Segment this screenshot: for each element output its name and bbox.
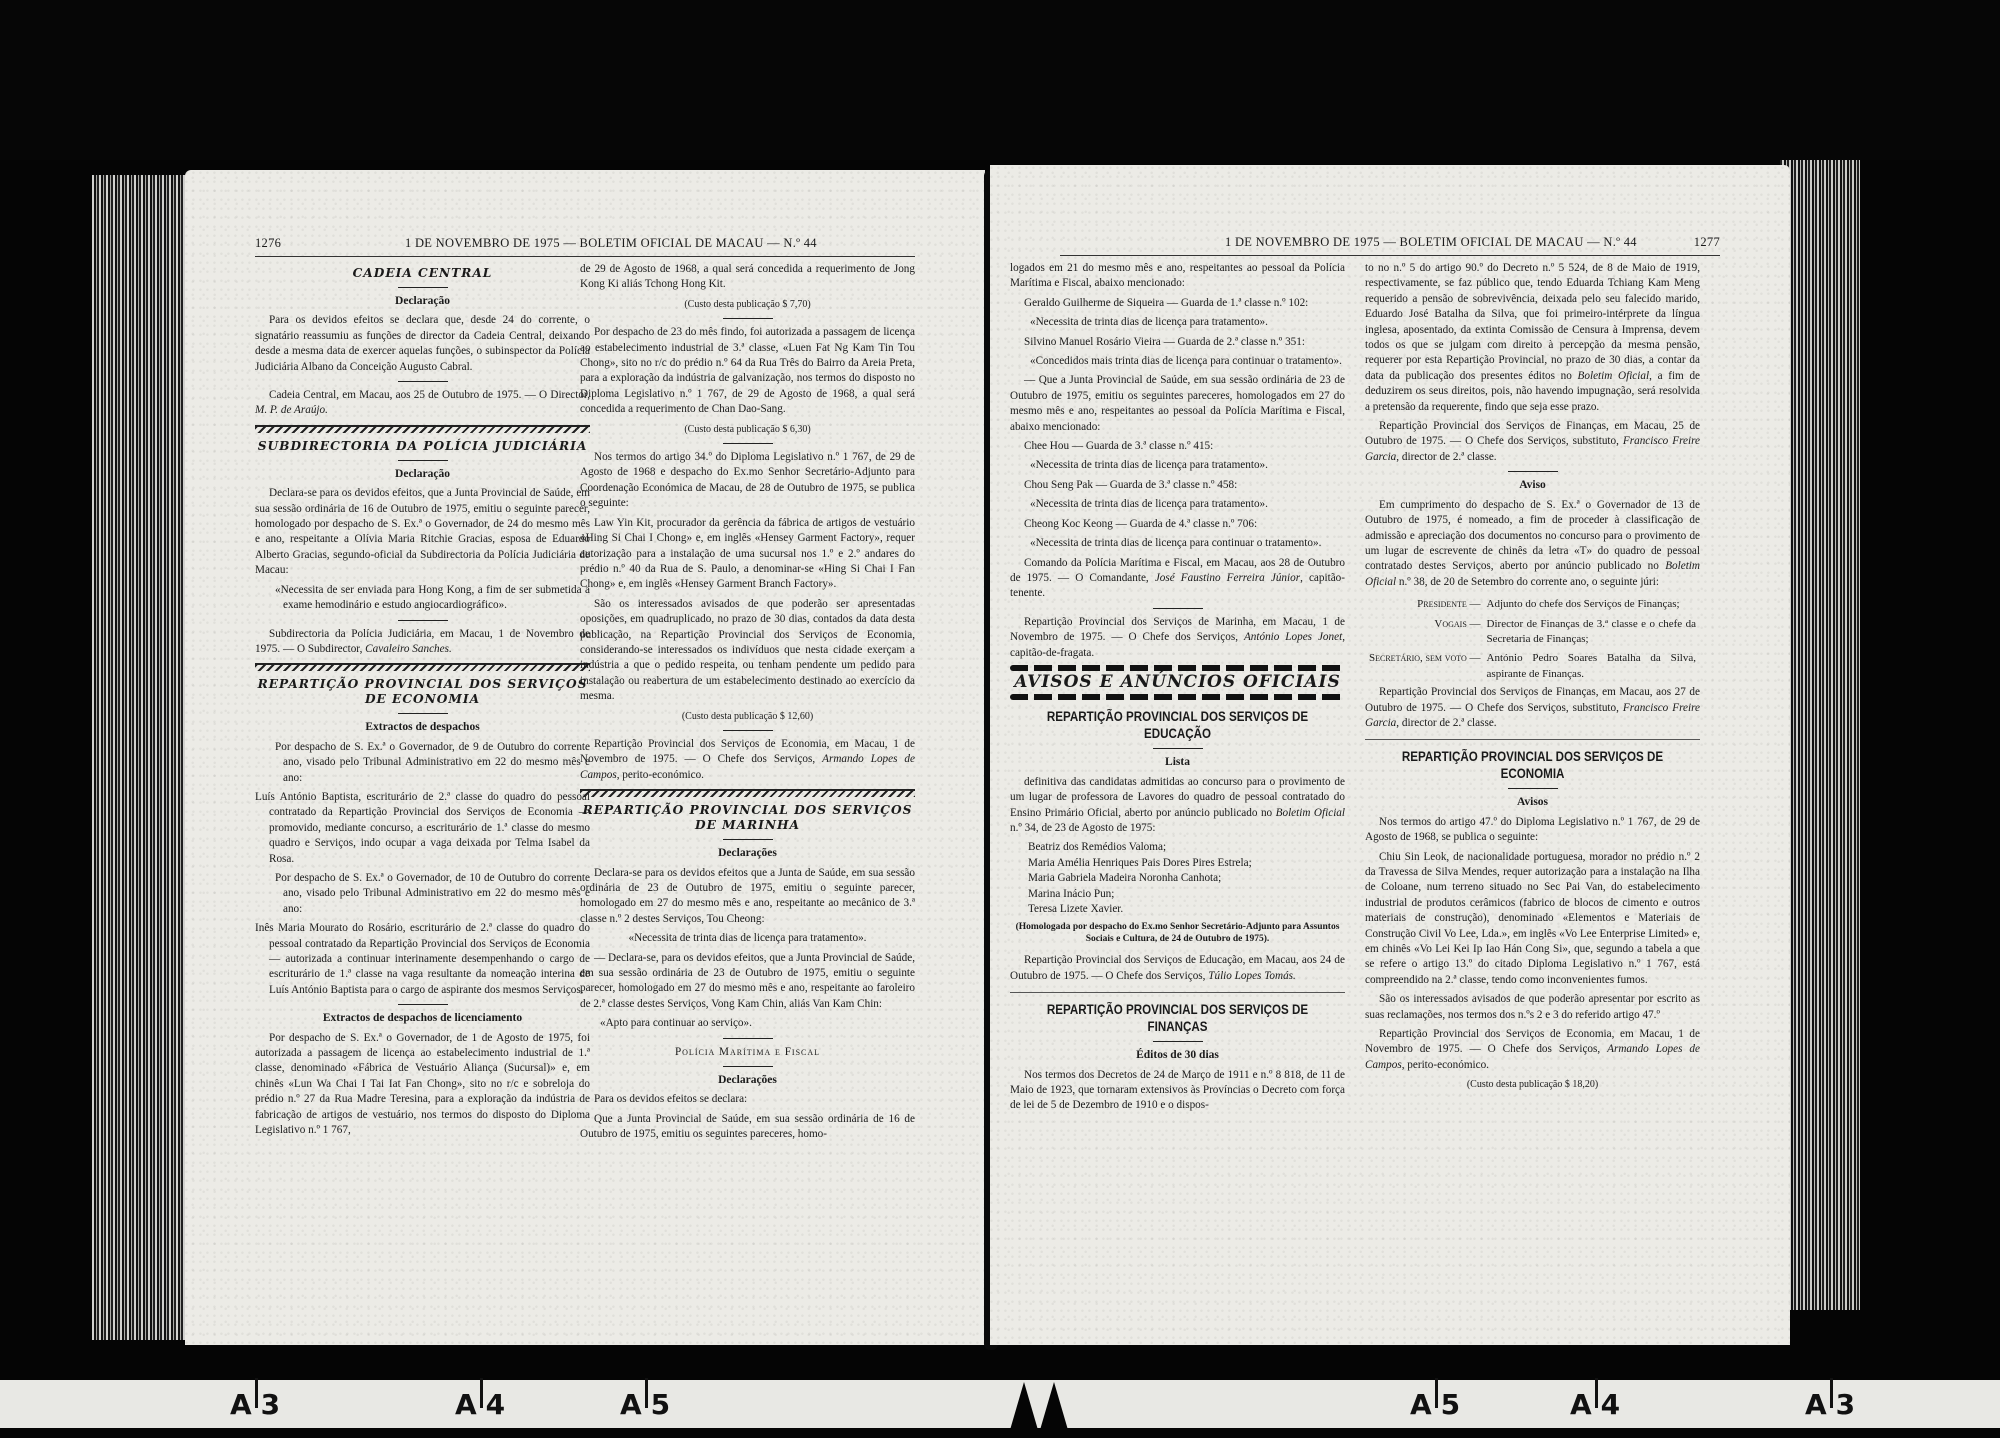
frame-mark: A5 (620, 1388, 670, 1421)
divider (723, 1066, 773, 1067)
entry: Chee Hou — Guarda de 3.ª classe n.º 415: (1010, 439, 1345, 454)
quote: «Concedidos mais trinta dias de licença … (1010, 354, 1345, 369)
jury-member: António Pedro Soares Batalha da Silva, a… (1485, 650, 1698, 683)
jury-row: Presidente —Adjunto do chefe dos Serviço… (1367, 596, 1698, 613)
divider (723, 839, 773, 840)
section-heading: Polícia Marítima e Fiscal (580, 1045, 915, 1060)
divider (723, 730, 773, 731)
jury-role: Secretário, sem voto — (1367, 650, 1483, 683)
quote: «Necessita de trinta dias de licença par… (580, 931, 915, 946)
paragraph: — Declara-se, para os devidos efeitos, q… (580, 951, 915, 1013)
paragraph: definitiva das candidatas admitidas ao c… (1010, 775, 1345, 837)
paragraph: Law Yin Kit, procurador da gerência da f… (580, 516, 915, 593)
running-header: 1276 1 DE NOVEMBRO DE 1975 — BOLETIM OFI… (255, 234, 915, 257)
divider (1508, 788, 1558, 789)
paragraph: to no n.º 5 do artigo 90.º do Decreto n.… (1365, 261, 1700, 415)
paragraph: São os interessados avisados de que pode… (580, 597, 915, 705)
paragraph: Que a Junta Provincial de Saúde, em sua … (580, 1112, 915, 1143)
paragraph: Em cumprimento do despacho de S. Ex.ª o … (1365, 498, 1700, 590)
section-subtitle: Declaração (255, 294, 590, 309)
signature: Repartição Provincial dos Serviços de Ed… (1010, 953, 1345, 984)
column-1: logados em 21 do mesmo mês e ano, respei… (1010, 261, 1345, 1118)
paragraph: logados em 21 do mesmo mês e ano, respei… (1010, 261, 1345, 292)
candidate: Maria Amélia Henriques Pais Dores Pires … (1010, 856, 1345, 871)
divider (723, 443, 773, 444)
signature: Comando da Polícia Marítima e Fiscal, em… (1010, 556, 1345, 602)
jury-member: Adjunto do chefe dos Serviços de Finança… (1485, 596, 1698, 613)
signature: Subdirectoria da Polícia Judiciária, em … (255, 627, 590, 658)
signature: Repartição Provincial dos Serviços de Ma… (1010, 615, 1345, 661)
section-subtitle: Avisos (1365, 795, 1700, 810)
column-2: de 29 de Agosto de 1968, a qual será con… (580, 262, 915, 1147)
left-page: 1276 1 DE NOVEMBRO DE 1975 — BOLETIM OFI… (185, 170, 985, 1345)
paragraph: Para os devidos efeitos se declara: (580, 1092, 915, 1107)
section-subtitle: Declarações (580, 1073, 915, 1088)
frame-mark: A3 (230, 1388, 280, 1421)
quote: «Necessita de trinta dias de licença par… (1010, 458, 1345, 473)
film-notch (1010, 1382, 1038, 1430)
divider (723, 318, 773, 319)
ornamental-divider (255, 663, 590, 671)
homologation-note: (Homologada por despacho do Ex.mo Senhor… (1010, 921, 1345, 945)
divider (398, 620, 448, 621)
paragraph: Por despacho de S. Ex.ª o Governador, de… (255, 1031, 590, 1139)
paragraph: Nos termos dos Decretos de 24 de Março d… (1010, 1068, 1345, 1114)
paragraph: Para os devidos efeitos se declara que, … (255, 313, 590, 375)
candidate-list: Beatriz dos Remédios Valoma;Maria Amélia… (1010, 840, 1345, 917)
page-number: 1277 (1694, 235, 1720, 250)
frame-mark: A4 (1570, 1388, 1620, 1421)
frame-mark: A4 (455, 1388, 505, 1421)
divider (398, 287, 448, 288)
paragraph: Por despacho de S. Ex.ª o Governador, de… (255, 871, 590, 917)
section-title: Repartição Provincial dos Serviços de Ec… (255, 677, 590, 707)
entry: Chou Seng Pak — Guarda de 3.ª classe n.º… (1010, 478, 1345, 493)
paragraph: Declara-se para os devidos efeitos que a… (580, 866, 915, 928)
paragraph: Por despacho de S. Ex.ª o Governador, de… (255, 740, 590, 786)
column-1: Cadeia Central Declaração Para os devido… (255, 262, 590, 1142)
publication-cost: (Custo desta publicação $ 6,30) (580, 422, 915, 437)
section-subtitle: Declarações (580, 846, 915, 861)
banner-title: Avisos e Anúncios Oficiais (1010, 675, 1345, 690)
paragraph: Inês Maria Mourato do Rosário, escriturá… (255, 921, 590, 998)
entry: Silvino Manuel Rosário Vieira — Guarda d… (1010, 335, 1345, 350)
candidate: Beatriz dos Remédios Valoma; (1010, 840, 1345, 855)
divider (398, 460, 448, 461)
jury-row: Secretário, sem voto —António Pedro Soar… (1367, 650, 1698, 683)
signature: Repartição Provincial dos Serviços de Ec… (1365, 1027, 1700, 1073)
quote: «Necessita de trinta dias de licença par… (1010, 536, 1345, 551)
divider (723, 1038, 773, 1039)
quote: «Apto para continuar ao serviço». (580, 1016, 915, 1031)
running-header: 1 DE NOVEMBRO DE 1975 — BOLETIM OFICIAL … (1060, 233, 1720, 256)
section-title: Cadeia Central (255, 266, 590, 281)
section-subtitle: Aviso (1365, 478, 1700, 493)
candidate: Teresa Lizete Xavier. (1010, 902, 1345, 917)
ornamental-divider (255, 425, 590, 433)
jury-member: Director de Finanças de 3.ª classe e o c… (1485, 616, 1698, 649)
paragraph: Luís António Baptista, escriturário de 2… (255, 790, 590, 867)
quote: «Necessita de trinta dias de licença par… (1010, 497, 1345, 512)
film-strip (0, 1380, 2000, 1428)
frame-mark: A5 (1410, 1388, 1460, 1421)
section-subtitle: Declaração (255, 467, 590, 482)
jury-row: Vogais —Director de Finanças de 3.ª clas… (1367, 616, 1698, 649)
jury-role: Presidente — (1367, 596, 1483, 613)
candidate: Maria Gabriela Madeira Noronha Canhota; (1010, 871, 1345, 886)
entry: Cheong Koc Keong — Guarda de 4.ª classe … (1010, 517, 1345, 532)
paragraph: Chiu Sin Leok, de nacionalidade portugue… (1365, 850, 1700, 989)
ornamental-divider (1010, 665, 1345, 671)
section-title: Repartição Provincial dos Serviços de Ec… (1388, 748, 1676, 782)
ornamental-divider (580, 789, 915, 797)
page-stack-right (1780, 160, 1860, 1310)
divider (398, 1004, 448, 1005)
paragraph: Nos termos do artigo 34.º do Diploma Leg… (580, 450, 915, 512)
quote: «Necessita de ser enviada para Hong Kong… (255, 583, 590, 614)
paragraph: São os interessados avisados de que pode… (1365, 992, 1700, 1023)
candidate: Marina Inácio Pun; (1010, 887, 1345, 902)
publication-cost: (Custo desta publicação $ 12,60) (580, 709, 915, 724)
section-subtitle: Extractos de despachos de licenciamento (255, 1011, 590, 1026)
signature: Cadeia Central, em Macau, aos 25 de Outu… (255, 388, 590, 419)
section-subtitle: Éditos de 30 dias (1010, 1048, 1345, 1063)
page-number: 1276 (255, 236, 281, 251)
frame-mark: A3 (1805, 1388, 1855, 1421)
section-title: Subdirectoria da Polícia Judiciária (255, 439, 590, 454)
running-title: 1 DE NOVEMBRO DE 1975 — BOLETIM OFICIAL … (405, 236, 817, 251)
divider (1508, 471, 1558, 472)
paragraph: de 29 de Agosto de 1968, a qual será con… (580, 262, 915, 293)
jury-role: Vogais — (1367, 616, 1483, 649)
publication-cost: (Custo desta publicação $ 18,20) (1365, 1077, 1700, 1092)
section-title: Repartição Provincial dos Serviços de Ed… (1033, 708, 1321, 742)
section-subtitle: Lista (1010, 755, 1345, 770)
paragraph: — Que a Junta Provincial de Saúde, em su… (1010, 373, 1345, 435)
section-title: Repartição Provincial dos Serviços de Ma… (580, 803, 915, 833)
divider (1153, 748, 1203, 749)
signature: Repartição Provincial dos Serviços de Fi… (1365, 419, 1700, 465)
running-title: 1 DE NOVEMBRO DE 1975 — BOLETIM OFICIAL … (1225, 235, 1637, 250)
paragraph: Por despacho de 23 do mês findo, foi aut… (580, 325, 915, 417)
divider (1365, 739, 1700, 740)
paragraph: Declara-se para os devidos efeitos, que … (255, 486, 590, 578)
quote: «Necessita de trinta dias de licença par… (1010, 315, 1345, 330)
divider (1153, 1041, 1203, 1042)
section-title: Repartição Provincial dos Serviços de Fi… (1033, 1001, 1321, 1035)
signature: Repartição Provincial dos Serviços de Fi… (1365, 685, 1700, 731)
film-notch (1040, 1382, 1068, 1430)
divider (398, 381, 448, 382)
signature: Repartição Provincial dos Serviços de Ec… (580, 737, 915, 783)
paragraph: Nos termos do artigo 47.º do Diploma Leg… (1365, 815, 1700, 846)
section-subtitle: Extractos de despachos (255, 720, 590, 735)
divider (398, 713, 448, 714)
entry: Geraldo Guilherme de Siqueira — Guarda d… (1010, 296, 1345, 311)
column-2: to no n.º 5 do artigo 90.º do Decreto n.… (1365, 261, 1700, 1099)
divider (1010, 992, 1345, 993)
page-stack-left (92, 175, 192, 1340)
publication-cost: (Custo desta publicação $ 7,70) (580, 297, 915, 312)
right-page: 1 DE NOVEMBRO DE 1975 — BOLETIM OFICIAL … (990, 165, 1790, 1345)
ornamental-divider (1010, 694, 1345, 700)
microfilm-border (0, 0, 2000, 160)
divider (1153, 608, 1203, 609)
jury-table: Presidente —Adjunto do chefe dos Serviço… (1365, 594, 1700, 685)
